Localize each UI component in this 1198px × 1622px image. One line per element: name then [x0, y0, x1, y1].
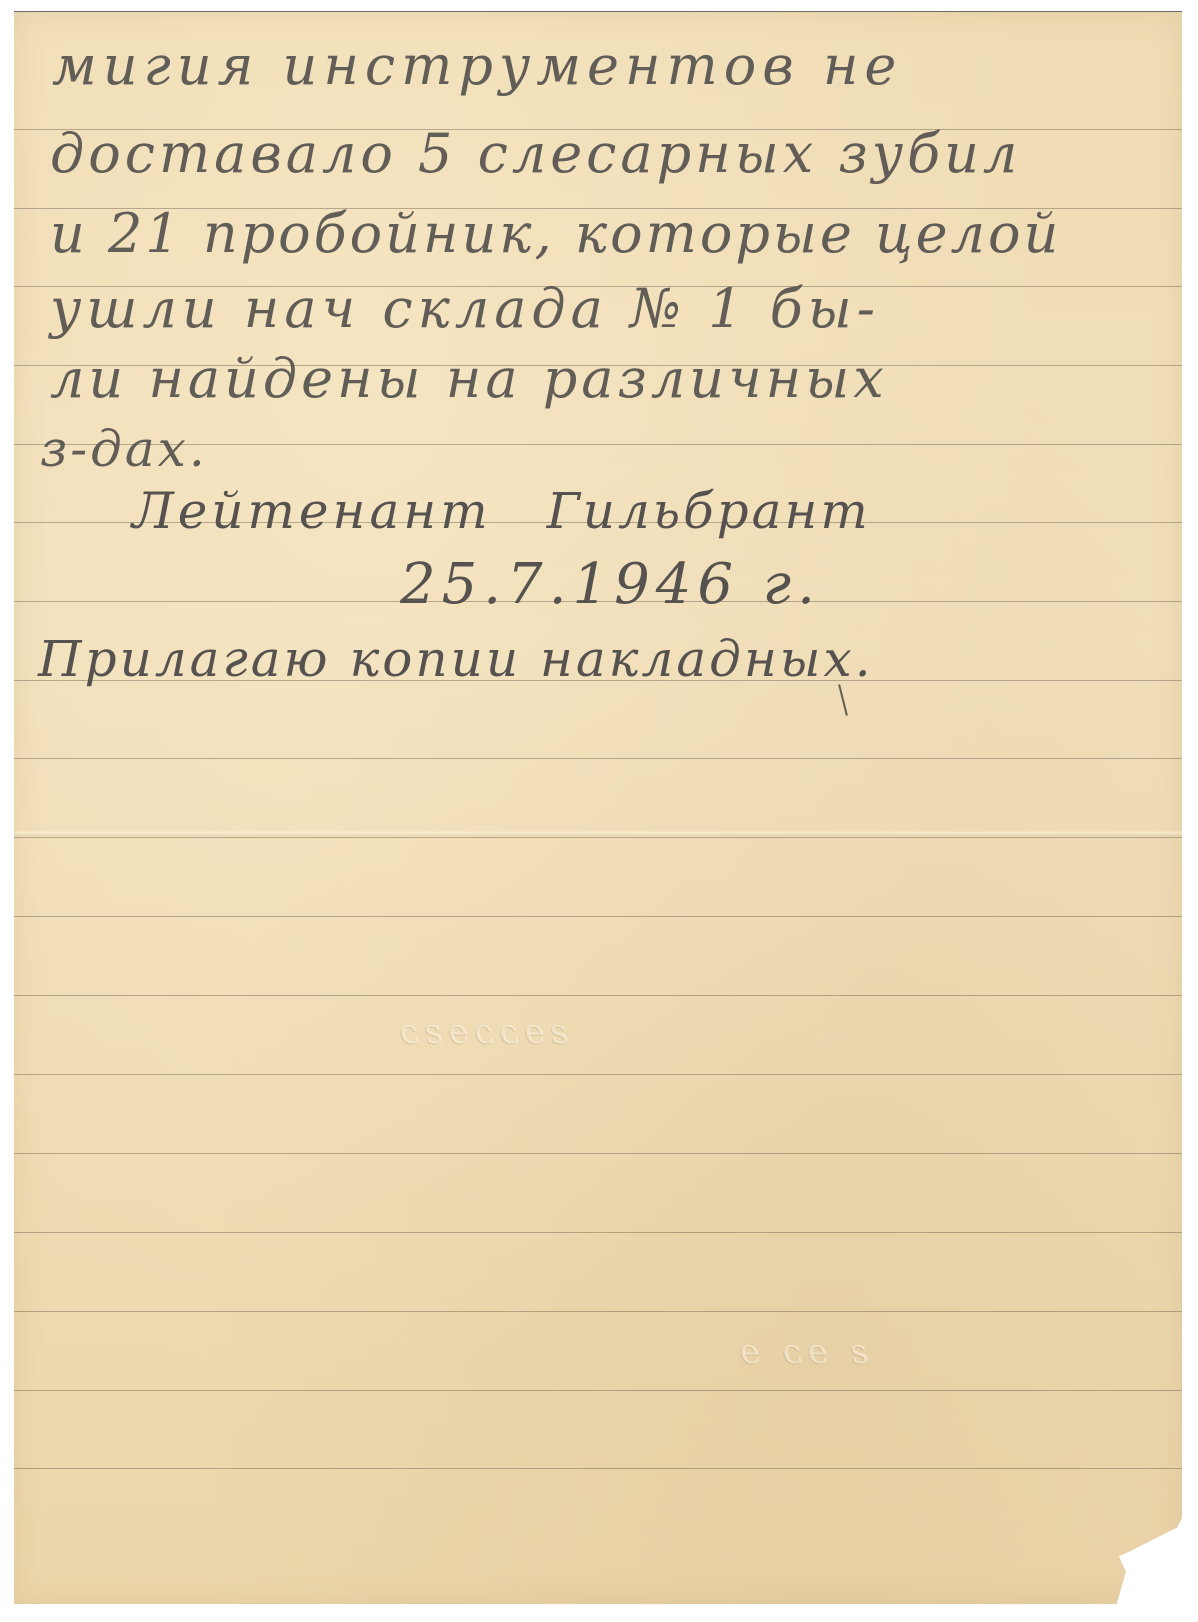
letter-date: 25.7.1946 г.	[400, 552, 821, 617]
embossed-writing-trace: ƨ ɘɔ ɘ	[734, 1332, 868, 1372]
body-line-6: з-дах.	[40, 420, 208, 478]
body-line-4: ушли нач склада № 1 бы-	[50, 277, 880, 340]
ruled-line	[14, 1311, 1182, 1312]
pencil-stray-mark	[838, 684, 848, 716]
ruled-line	[14, 1153, 1182, 1154]
ruled-line	[14, 995, 1182, 996]
ruled-line	[14, 916, 1182, 917]
embossed-writing-trace: ƨɘɔɔɘƨɔ	[394, 1012, 568, 1052]
signature-block: Лейтенант Гильбрант	[132, 482, 871, 540]
body-line-1: мигия инструментов не	[52, 34, 902, 97]
ruled-line	[14, 1468, 1182, 1469]
ruled-line	[14, 758, 1182, 759]
body-line-3: и 21 пробойник, которые целой	[50, 202, 1061, 265]
signature-rank: Лейтенант	[132, 482, 492, 540]
ruled-line	[14, 837, 1182, 838]
letter-page: ƨɘɔɔɘƨɔ ƨ ɘɔ ɘ мигия инструментов не дос…	[14, 11, 1182, 1604]
body-line-5: ли найдены на различных	[50, 347, 888, 410]
ruled-line	[14, 1074, 1182, 1075]
ruled-line	[14, 1232, 1182, 1233]
ruled-line	[14, 1390, 1182, 1391]
signature-name: Гильбрант	[547, 482, 871, 540]
paper-fold-crease	[14, 830, 1182, 836]
body-line-2: доставало 5 слесарных зубил	[50, 122, 1021, 185]
attachment-note: Прилагаю копии накладных.	[38, 630, 874, 688]
